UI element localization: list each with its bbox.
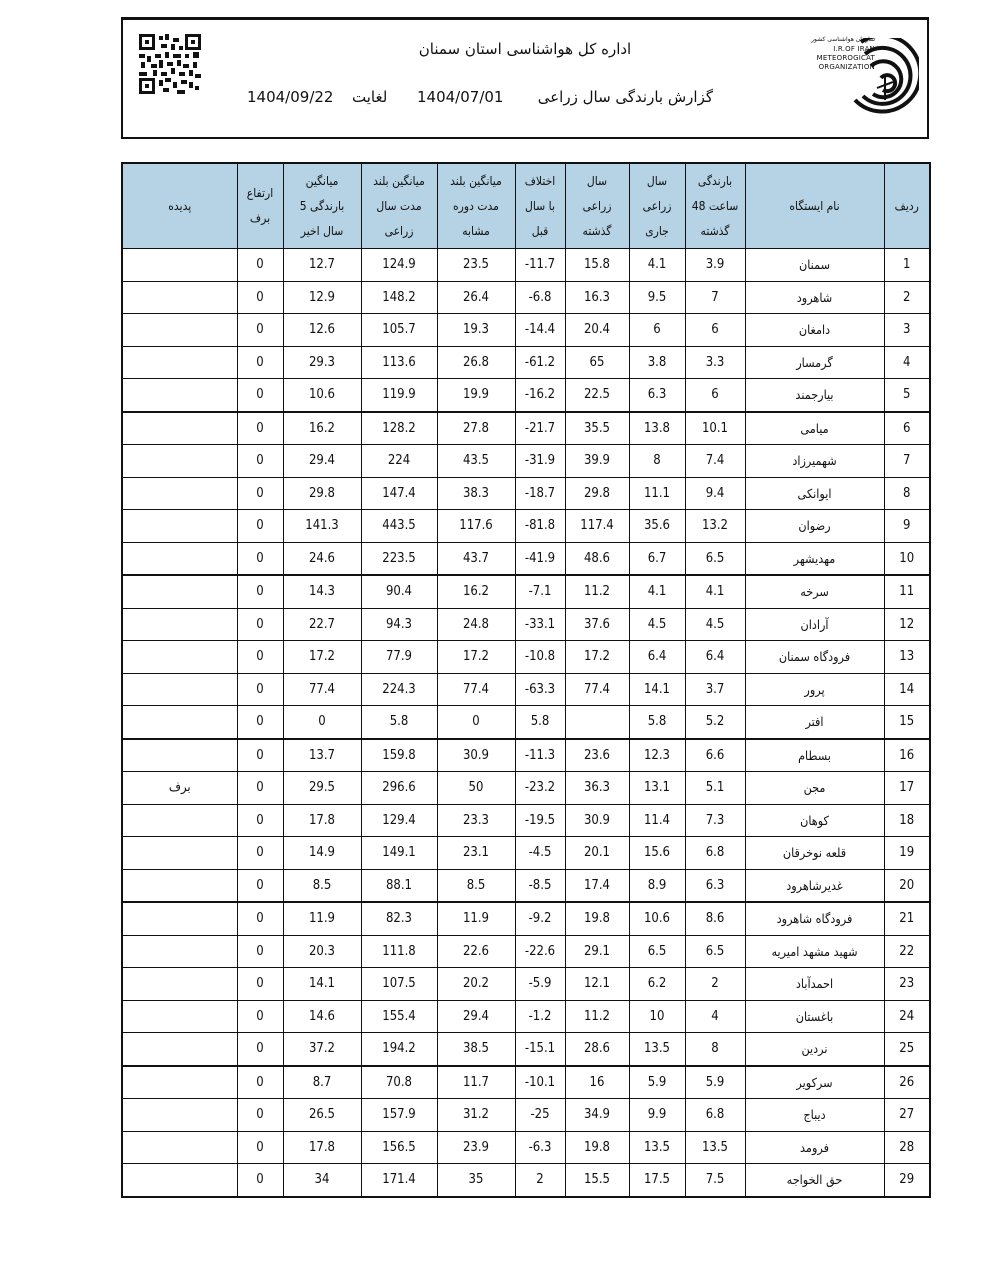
cell-current-year: 14.1 xyxy=(629,673,685,706)
cell-snow: 0 xyxy=(237,575,283,608)
cell-longterm-period: 117.6 xyxy=(437,510,515,543)
cell-station: دیباج xyxy=(745,1099,884,1132)
cell-rain48: 6.8 xyxy=(685,1099,745,1132)
cell-current-year: 6.5 xyxy=(629,935,685,968)
cell-rain48: 6.5 xyxy=(685,542,745,575)
cell-row: 8 xyxy=(884,477,930,510)
cell-station: شهمیرزاد xyxy=(745,445,884,478)
cell-current-year: 6.4 xyxy=(629,641,685,674)
cell-avg5: 34 xyxy=(283,1164,361,1197)
table-body: 1سمنان3.94.115.8-11.723.5124.912.702شاهر… xyxy=(122,249,930,1197)
cell-avg5: 17.2 xyxy=(283,641,361,674)
until-label: لغایت xyxy=(352,88,387,106)
column-header-line: ارتفاع xyxy=(238,181,283,206)
table-row: 14پرور3.714.177.4-63.377.4224.377.40 xyxy=(122,673,930,706)
table-row: 20غدیرشاهرود6.38.917.4-8.58.588.18.50 xyxy=(122,869,930,902)
cell-diff-last: -16.2 xyxy=(515,379,565,412)
cell-snow: 0 xyxy=(237,706,283,739)
cell-diff-last: -14.4 xyxy=(515,314,565,347)
cell-avg5: 13.7 xyxy=(283,739,361,772)
cell-last-year: 19.8 xyxy=(565,902,629,935)
column-header-row: ردیف xyxy=(884,163,930,249)
table-row: 18کوهان7.311.430.9-19.523.3129.417.80 xyxy=(122,804,930,837)
cell-last-year: 19.8 xyxy=(565,1131,629,1164)
cell-longterm-year: 157.9 xyxy=(361,1099,437,1132)
cell-rain48: 8 xyxy=(685,1033,745,1066)
cell-phenomenon xyxy=(122,641,237,674)
cell-longterm-period: 38.5 xyxy=(437,1033,515,1066)
cell-diff-last: -22.6 xyxy=(515,935,565,968)
cell-station: بیارجمند xyxy=(745,379,884,412)
cell-longterm-year: 82.3 xyxy=(361,902,437,935)
cell-diff-last: -11.3 xyxy=(515,739,565,772)
column-header-line: جاری xyxy=(630,219,685,244)
cell-last-year: 16 xyxy=(565,1066,629,1099)
cell-diff-last: 5.8 xyxy=(515,706,565,739)
column-header-phenomenon: پدیده xyxy=(122,163,237,249)
cell-rain48: 7 xyxy=(685,281,745,314)
cell-longterm-year: 223.5 xyxy=(361,542,437,575)
table-row: 29حق الخواجه7.517.515.5235171.4340 xyxy=(122,1164,930,1197)
cell-current-year: 15.6 xyxy=(629,837,685,870)
column-header-line: بارندگی 5 xyxy=(284,194,361,219)
cell-last-year: 16.3 xyxy=(565,281,629,314)
cell-current-year: 13.8 xyxy=(629,412,685,445)
cell-last-year: 17.4 xyxy=(565,869,629,902)
cell-snow: 0 xyxy=(237,249,283,282)
table-row: 26سرکویر5.95.916-10.111.770.88.70 xyxy=(122,1066,930,1099)
cell-avg5: 14.3 xyxy=(283,575,361,608)
cell-longterm-period: 35 xyxy=(437,1164,515,1197)
cell-current-year: 6.3 xyxy=(629,379,685,412)
date-from: 1404/07/01 xyxy=(417,88,503,106)
cell-snow: 0 xyxy=(237,379,283,412)
cell-phenomenon xyxy=(122,1131,237,1164)
cell-phenomenon: برف xyxy=(122,772,237,805)
cell-station: پرور xyxy=(745,673,884,706)
report-title: گزارش بارندگی سال زراعی xyxy=(538,88,713,106)
cell-current-year: 6.2 xyxy=(629,968,685,1001)
cell-current-year: 10 xyxy=(629,1000,685,1033)
cell-phenomenon xyxy=(122,346,237,379)
cell-station: سمنان xyxy=(745,249,884,282)
cell-current-year: 4.5 xyxy=(629,608,685,641)
cell-avg5: 26.5 xyxy=(283,1099,361,1132)
column-header-current-year: سالزراعیجاری xyxy=(629,163,685,249)
table-row: 8ایوانکی9.411.129.8-18.738.3147.429.80 xyxy=(122,477,930,510)
cell-diff-last: -25 xyxy=(515,1099,565,1132)
cell-row: 22 xyxy=(884,935,930,968)
cell-longterm-year: 171.4 xyxy=(361,1164,437,1197)
cell-row: 5 xyxy=(884,379,930,412)
cell-longterm-period: 43.5 xyxy=(437,445,515,478)
cell-longterm-year: 119.9 xyxy=(361,379,437,412)
cell-snow: 0 xyxy=(237,346,283,379)
table-row: 1سمنان3.94.115.8-11.723.5124.912.70 xyxy=(122,249,930,282)
cell-avg5: 29.5 xyxy=(283,772,361,805)
cell-longterm-period: 43.7 xyxy=(437,542,515,575)
cell-station: رضوان xyxy=(745,510,884,543)
cell-last-year: 23.6 xyxy=(565,739,629,772)
cell-longterm-year: 443.5 xyxy=(361,510,437,543)
cell-station: احمدآباد xyxy=(745,968,884,1001)
cell-snow: 0 xyxy=(237,477,283,510)
cell-longterm-year: 124.9 xyxy=(361,249,437,282)
cell-phenomenon xyxy=(122,1033,237,1066)
cell-diff-last: -31.9 xyxy=(515,445,565,478)
cell-station: میامی xyxy=(745,412,884,445)
cell-avg5: 12.6 xyxy=(283,314,361,347)
cell-diff-last: -6.8 xyxy=(515,281,565,314)
column-header-line: اختلاف xyxy=(516,169,565,194)
cell-longterm-year: 113.6 xyxy=(361,346,437,379)
cell-last-year: 65 xyxy=(565,346,629,379)
cell-avg5: 14.1 xyxy=(283,968,361,1001)
cell-last-year: 35.5 xyxy=(565,412,629,445)
cell-snow: 0 xyxy=(237,902,283,935)
cell-longterm-period: 19.3 xyxy=(437,314,515,347)
cell-avg5: 22.7 xyxy=(283,608,361,641)
cell-phenomenon xyxy=(122,869,237,902)
column-header-line: سال xyxy=(566,169,629,194)
cell-avg5: 8.5 xyxy=(283,869,361,902)
column-header-line: قبل xyxy=(516,219,565,244)
table-row: 6میامی10.113.835.5-21.727.8128.216.20 xyxy=(122,412,930,445)
table-row: 3دامغان6620.4-14.419.3105.712.60 xyxy=(122,314,930,347)
cell-last-year: 48.6 xyxy=(565,542,629,575)
table-row: 5بیارجمند66.322.5-16.219.9119.910.60 xyxy=(122,379,930,412)
cell-current-year: 13.5 xyxy=(629,1033,685,1066)
cell-row: 6 xyxy=(884,412,930,445)
cell-snow: 0 xyxy=(237,1099,283,1132)
cell-last-year: 20.1 xyxy=(565,837,629,870)
table-row: 17مجن5.113.136.3-23.250296.629.50برف xyxy=(122,772,930,805)
cell-row: 29 xyxy=(884,1164,930,1197)
cell-avg5: 29.3 xyxy=(283,346,361,379)
cell-snow: 0 xyxy=(237,314,283,347)
cell-last-year: 28.6 xyxy=(565,1033,629,1066)
cell-rain48: 2 xyxy=(685,968,745,1001)
cell-current-year: 4.1 xyxy=(629,249,685,282)
cell-diff-last: -9.2 xyxy=(515,902,565,935)
column-header-line: بارندگی xyxy=(686,169,745,194)
cell-rain48: 9.4 xyxy=(685,477,745,510)
column-header-rain48: بارندگیساعت 48گذشته xyxy=(685,163,745,249)
cell-avg5: 12.7 xyxy=(283,249,361,282)
cell-diff-last: -61.2 xyxy=(515,346,565,379)
cell-longterm-year: 147.4 xyxy=(361,477,437,510)
cell-longterm-period: 31.2 xyxy=(437,1099,515,1132)
cell-diff-last: -33.1 xyxy=(515,608,565,641)
cell-longterm-period: 0 xyxy=(437,706,515,739)
cell-station: مجن xyxy=(745,772,884,805)
cell-diff-last: -10.8 xyxy=(515,641,565,674)
column-header-line: مدت سال xyxy=(362,194,437,219)
column-header-line: گذشته xyxy=(566,219,629,244)
cell-row: 16 xyxy=(884,739,930,772)
column-header-line: زراعی xyxy=(362,219,437,244)
table-row: 9رضوان13.235.6117.4-81.8117.6443.5141.30 xyxy=(122,510,930,543)
cell-row: 25 xyxy=(884,1033,930,1066)
cell-row: 4 xyxy=(884,346,930,379)
cell-snow: 0 xyxy=(237,739,283,772)
cell-longterm-period: 20.2 xyxy=(437,968,515,1001)
cell-diff-last: -19.5 xyxy=(515,804,565,837)
logo-persian-text: سازمان هواشناسی کشور xyxy=(811,36,875,44)
cell-station: فرومد xyxy=(745,1131,884,1164)
cell-current-year: 6.7 xyxy=(629,542,685,575)
cell-diff-last: -41.9 xyxy=(515,542,565,575)
cell-current-year: 11.4 xyxy=(629,804,685,837)
cell-longterm-period: 26.8 xyxy=(437,346,515,379)
cell-last-year: 15.8 xyxy=(565,249,629,282)
cell-rain48: 10.1 xyxy=(685,412,745,445)
cell-rain48: 3.7 xyxy=(685,673,745,706)
cell-snow: 0 xyxy=(237,1164,283,1197)
cell-phenomenon xyxy=(122,249,237,282)
column-header-line: مشابه xyxy=(438,219,515,244)
table-row: 24باغستان41011.2-1.229.4155.414.60 xyxy=(122,1000,930,1033)
cell-longterm-period: 11.7 xyxy=(437,1066,515,1099)
cell-row: 15 xyxy=(884,706,930,739)
cell-longterm-period: 29.4 xyxy=(437,1000,515,1033)
column-header-avg5: میانگینبارندگی 5سال اخیر xyxy=(283,163,361,249)
cell-row: 27 xyxy=(884,1099,930,1132)
cell-longterm-year: 296.6 xyxy=(361,772,437,805)
column-header-line: میانگین بلند xyxy=(362,169,437,194)
cell-avg5: 17.8 xyxy=(283,1131,361,1164)
cell-last-year: 77.4 xyxy=(565,673,629,706)
cell-longterm-period: 30.9 xyxy=(437,739,515,772)
cell-row: 20 xyxy=(884,869,930,902)
cell-station: باغستان xyxy=(745,1000,884,1033)
cell-longterm-period: 22.6 xyxy=(437,935,515,968)
table-row: 7شهمیرزاد7.4839.9-31.943.522429.40 xyxy=(122,445,930,478)
cell-last-year: 11.2 xyxy=(565,575,629,608)
cell-last-year: 34.9 xyxy=(565,1099,629,1132)
cell-snow: 0 xyxy=(237,542,283,575)
cell-avg5: 37.2 xyxy=(283,1033,361,1066)
cell-last-year: 117.4 xyxy=(565,510,629,543)
column-header-longterm-period: میانگین بلندمدت دورهمشابه xyxy=(437,163,515,249)
cell-current-year: 8.9 xyxy=(629,869,685,902)
cell-phenomenon xyxy=(122,739,237,772)
cell-rain48: 3.9 xyxy=(685,249,745,282)
column-header-line: زراعی xyxy=(630,194,685,219)
column-header-snow: ارتفاعبرف xyxy=(237,163,283,249)
cell-station: دامغان xyxy=(745,314,884,347)
cell-avg5: 16.2 xyxy=(283,412,361,445)
cell-rain48: 7.4 xyxy=(685,445,745,478)
cell-row: 7 xyxy=(884,445,930,478)
column-header-line: ردیف xyxy=(885,194,930,219)
cell-avg5: 11.9 xyxy=(283,902,361,935)
cell-current-year: 9.5 xyxy=(629,281,685,314)
cell-current-year: 5.9 xyxy=(629,1066,685,1099)
cell-rain48: 8.6 xyxy=(685,902,745,935)
cell-snow: 0 xyxy=(237,281,283,314)
cell-avg5: 29.4 xyxy=(283,445,361,478)
cell-station: سرکویر xyxy=(745,1066,884,1099)
cell-rain48: 13.2 xyxy=(685,510,745,543)
cell-phenomenon xyxy=(122,1099,237,1132)
cell-station: مهدیشهر xyxy=(745,542,884,575)
cell-snow: 0 xyxy=(237,869,283,902)
cell-station: گرمسار xyxy=(745,346,884,379)
column-header-line: گذشته xyxy=(686,219,745,244)
cell-phenomenon xyxy=(122,968,237,1001)
cell-avg5: 24.6 xyxy=(283,542,361,575)
table-row: 21فرودگاه شاهرود8.610.619.8-9.211.982.31… xyxy=(122,902,930,935)
cell-diff-last: -5.9 xyxy=(515,968,565,1001)
cell-rain48: 6.6 xyxy=(685,739,745,772)
cell-row: 26 xyxy=(884,1066,930,1099)
cell-longterm-period: 23.1 xyxy=(437,837,515,870)
cell-longterm-year: 90.4 xyxy=(361,575,437,608)
table-header-row: ردیفنام ایستگاهبارندگیساعت 48گذشتهسالزرا… xyxy=(122,163,930,249)
cell-longterm-year: 5.8 xyxy=(361,706,437,739)
cell-current-year: 5.8 xyxy=(629,706,685,739)
cell-last-year: 15.5 xyxy=(565,1164,629,1197)
cell-longterm-year: 70.8 xyxy=(361,1066,437,1099)
cell-phenomenon xyxy=(122,935,237,968)
cell-phenomenon xyxy=(122,477,237,510)
cell-current-year: 3.8 xyxy=(629,346,685,379)
cell-row: 13 xyxy=(884,641,930,674)
cell-diff-last: -21.7 xyxy=(515,412,565,445)
cell-snow: 0 xyxy=(237,837,283,870)
table-row: 12آرادان4.54.537.6-33.124.894.322.70 xyxy=(122,608,930,641)
cell-avg5: 10.6 xyxy=(283,379,361,412)
cell-phenomenon xyxy=(122,902,237,935)
cell-phenomenon xyxy=(122,1164,237,1197)
cell-rain48: 13.5 xyxy=(685,1131,745,1164)
cell-longterm-period: 26.4 xyxy=(437,281,515,314)
cell-station: فرودگاه سمنان xyxy=(745,641,884,674)
cell-last-year: 29.8 xyxy=(565,477,629,510)
cell-longterm-period: 8.5 xyxy=(437,869,515,902)
cell-row: 3 xyxy=(884,314,930,347)
cell-station: افتر xyxy=(745,706,884,739)
cell-rain48: 5.1 xyxy=(685,772,745,805)
cell-snow: 0 xyxy=(237,1033,283,1066)
cell-current-year: 17.5 xyxy=(629,1164,685,1197)
cell-diff-last: -81.8 xyxy=(515,510,565,543)
cell-rain48: 5.9 xyxy=(685,1066,745,1099)
cell-last-year: 29.1 xyxy=(565,935,629,968)
cell-longterm-year: 111.8 xyxy=(361,935,437,968)
cell-station: آرادان xyxy=(745,608,884,641)
cell-last-year: 20.4 xyxy=(565,314,629,347)
table-row: 4گرمسار3.33.865-61.226.8113.629.30 xyxy=(122,346,930,379)
cell-snow: 0 xyxy=(237,673,283,706)
cell-phenomenon xyxy=(122,608,237,641)
cell-longterm-year: 94.3 xyxy=(361,608,437,641)
table-row: 23احمدآباد26.212.1-5.920.2107.514.10 xyxy=(122,968,930,1001)
cell-rain48: 6.3 xyxy=(685,869,745,902)
cell-snow: 0 xyxy=(237,1131,283,1164)
cell-rain48: 6 xyxy=(685,379,745,412)
cell-row: 2 xyxy=(884,281,930,314)
cell-phenomenon xyxy=(122,837,237,870)
cell-longterm-year: 88.1 xyxy=(361,869,437,902)
report-header: اداره کل هواشناسی استان سمنان گزارش بارن… xyxy=(121,17,929,139)
cell-current-year: 10.6 xyxy=(629,902,685,935)
cell-row: 18 xyxy=(884,804,930,837)
cell-diff-last: -63.3 xyxy=(515,673,565,706)
cell-row: 23 xyxy=(884,968,930,1001)
cell-current-year: 12.3 xyxy=(629,739,685,772)
cell-row: 21 xyxy=(884,902,930,935)
cell-row: 19 xyxy=(884,837,930,870)
cell-station: سرخه xyxy=(745,575,884,608)
cell-phenomenon xyxy=(122,412,237,445)
cell-current-year: 35.6 xyxy=(629,510,685,543)
cell-station: غدیرشاهرود xyxy=(745,869,884,902)
cell-last-year: 39.9 xyxy=(565,445,629,478)
cell-station: شهید مشهد امیریه xyxy=(745,935,884,968)
cell-avg5: 0 xyxy=(283,706,361,739)
cell-rain48: 7.5 xyxy=(685,1164,745,1197)
cell-avg5: 12.9 xyxy=(283,281,361,314)
cell-longterm-year: 224 xyxy=(361,445,437,478)
cell-diff-last: -23.2 xyxy=(515,772,565,805)
column-header-line: سال اخیر xyxy=(284,219,361,244)
cell-snow: 0 xyxy=(237,968,283,1001)
cell-snow: 0 xyxy=(237,1000,283,1033)
column-header-line: زراعی xyxy=(566,194,629,219)
cell-last-year: 12.1 xyxy=(565,968,629,1001)
cell-longterm-period: 23.5 xyxy=(437,249,515,282)
cell-diff-last: -8.5 xyxy=(515,869,565,902)
cell-last-year: 36.3 xyxy=(565,772,629,805)
table-row: 2شاهرود79.516.3-6.826.4148.212.90 xyxy=(122,281,930,314)
cell-last-year xyxy=(565,706,629,739)
cell-row: 11 xyxy=(884,575,930,608)
cell-longterm-year: 129.4 xyxy=(361,804,437,837)
cell-longterm-period: 11.9 xyxy=(437,902,515,935)
logo-line1: I.R.OF IRAN xyxy=(833,45,875,53)
cell-current-year: 9.9 xyxy=(629,1099,685,1132)
cell-longterm-period: 23.9 xyxy=(437,1131,515,1164)
cell-station: بسطام xyxy=(745,739,884,772)
cell-diff-last: -10.1 xyxy=(515,1066,565,1099)
cell-avg5: 17.8 xyxy=(283,804,361,837)
cell-phenomenon xyxy=(122,445,237,478)
cell-row: 14 xyxy=(884,673,930,706)
cell-station: ایوانکی xyxy=(745,477,884,510)
cell-longterm-period: 19.9 xyxy=(437,379,515,412)
cell-snow: 0 xyxy=(237,641,283,674)
cell-phenomenon xyxy=(122,1000,237,1033)
cell-longterm-period: 16.2 xyxy=(437,575,515,608)
column-header-line: با سال xyxy=(516,194,565,219)
column-header-line: ساعت 48 xyxy=(686,194,745,219)
cell-row: 24 xyxy=(884,1000,930,1033)
cell-avg5: 14.6 xyxy=(283,1000,361,1033)
cell-diff-last: -15.1 xyxy=(515,1033,565,1066)
cell-station: کوهان xyxy=(745,804,884,837)
column-header-longterm-year: میانگین بلندمدت سالزراعی xyxy=(361,163,437,249)
cell-longterm-period: 38.3 xyxy=(437,477,515,510)
cell-longterm-year: 224.3 xyxy=(361,673,437,706)
cell-phenomenon xyxy=(122,1066,237,1099)
cell-longterm-year: 159.8 xyxy=(361,739,437,772)
cell-longterm-year: 149.1 xyxy=(361,837,437,870)
cell-longterm-period: 24.8 xyxy=(437,608,515,641)
rainfall-table: ردیفنام ایستگاهبارندگیساعت 48گذشتهسالزرا… xyxy=(121,162,931,1198)
cell-diff-last: -4.5 xyxy=(515,837,565,870)
